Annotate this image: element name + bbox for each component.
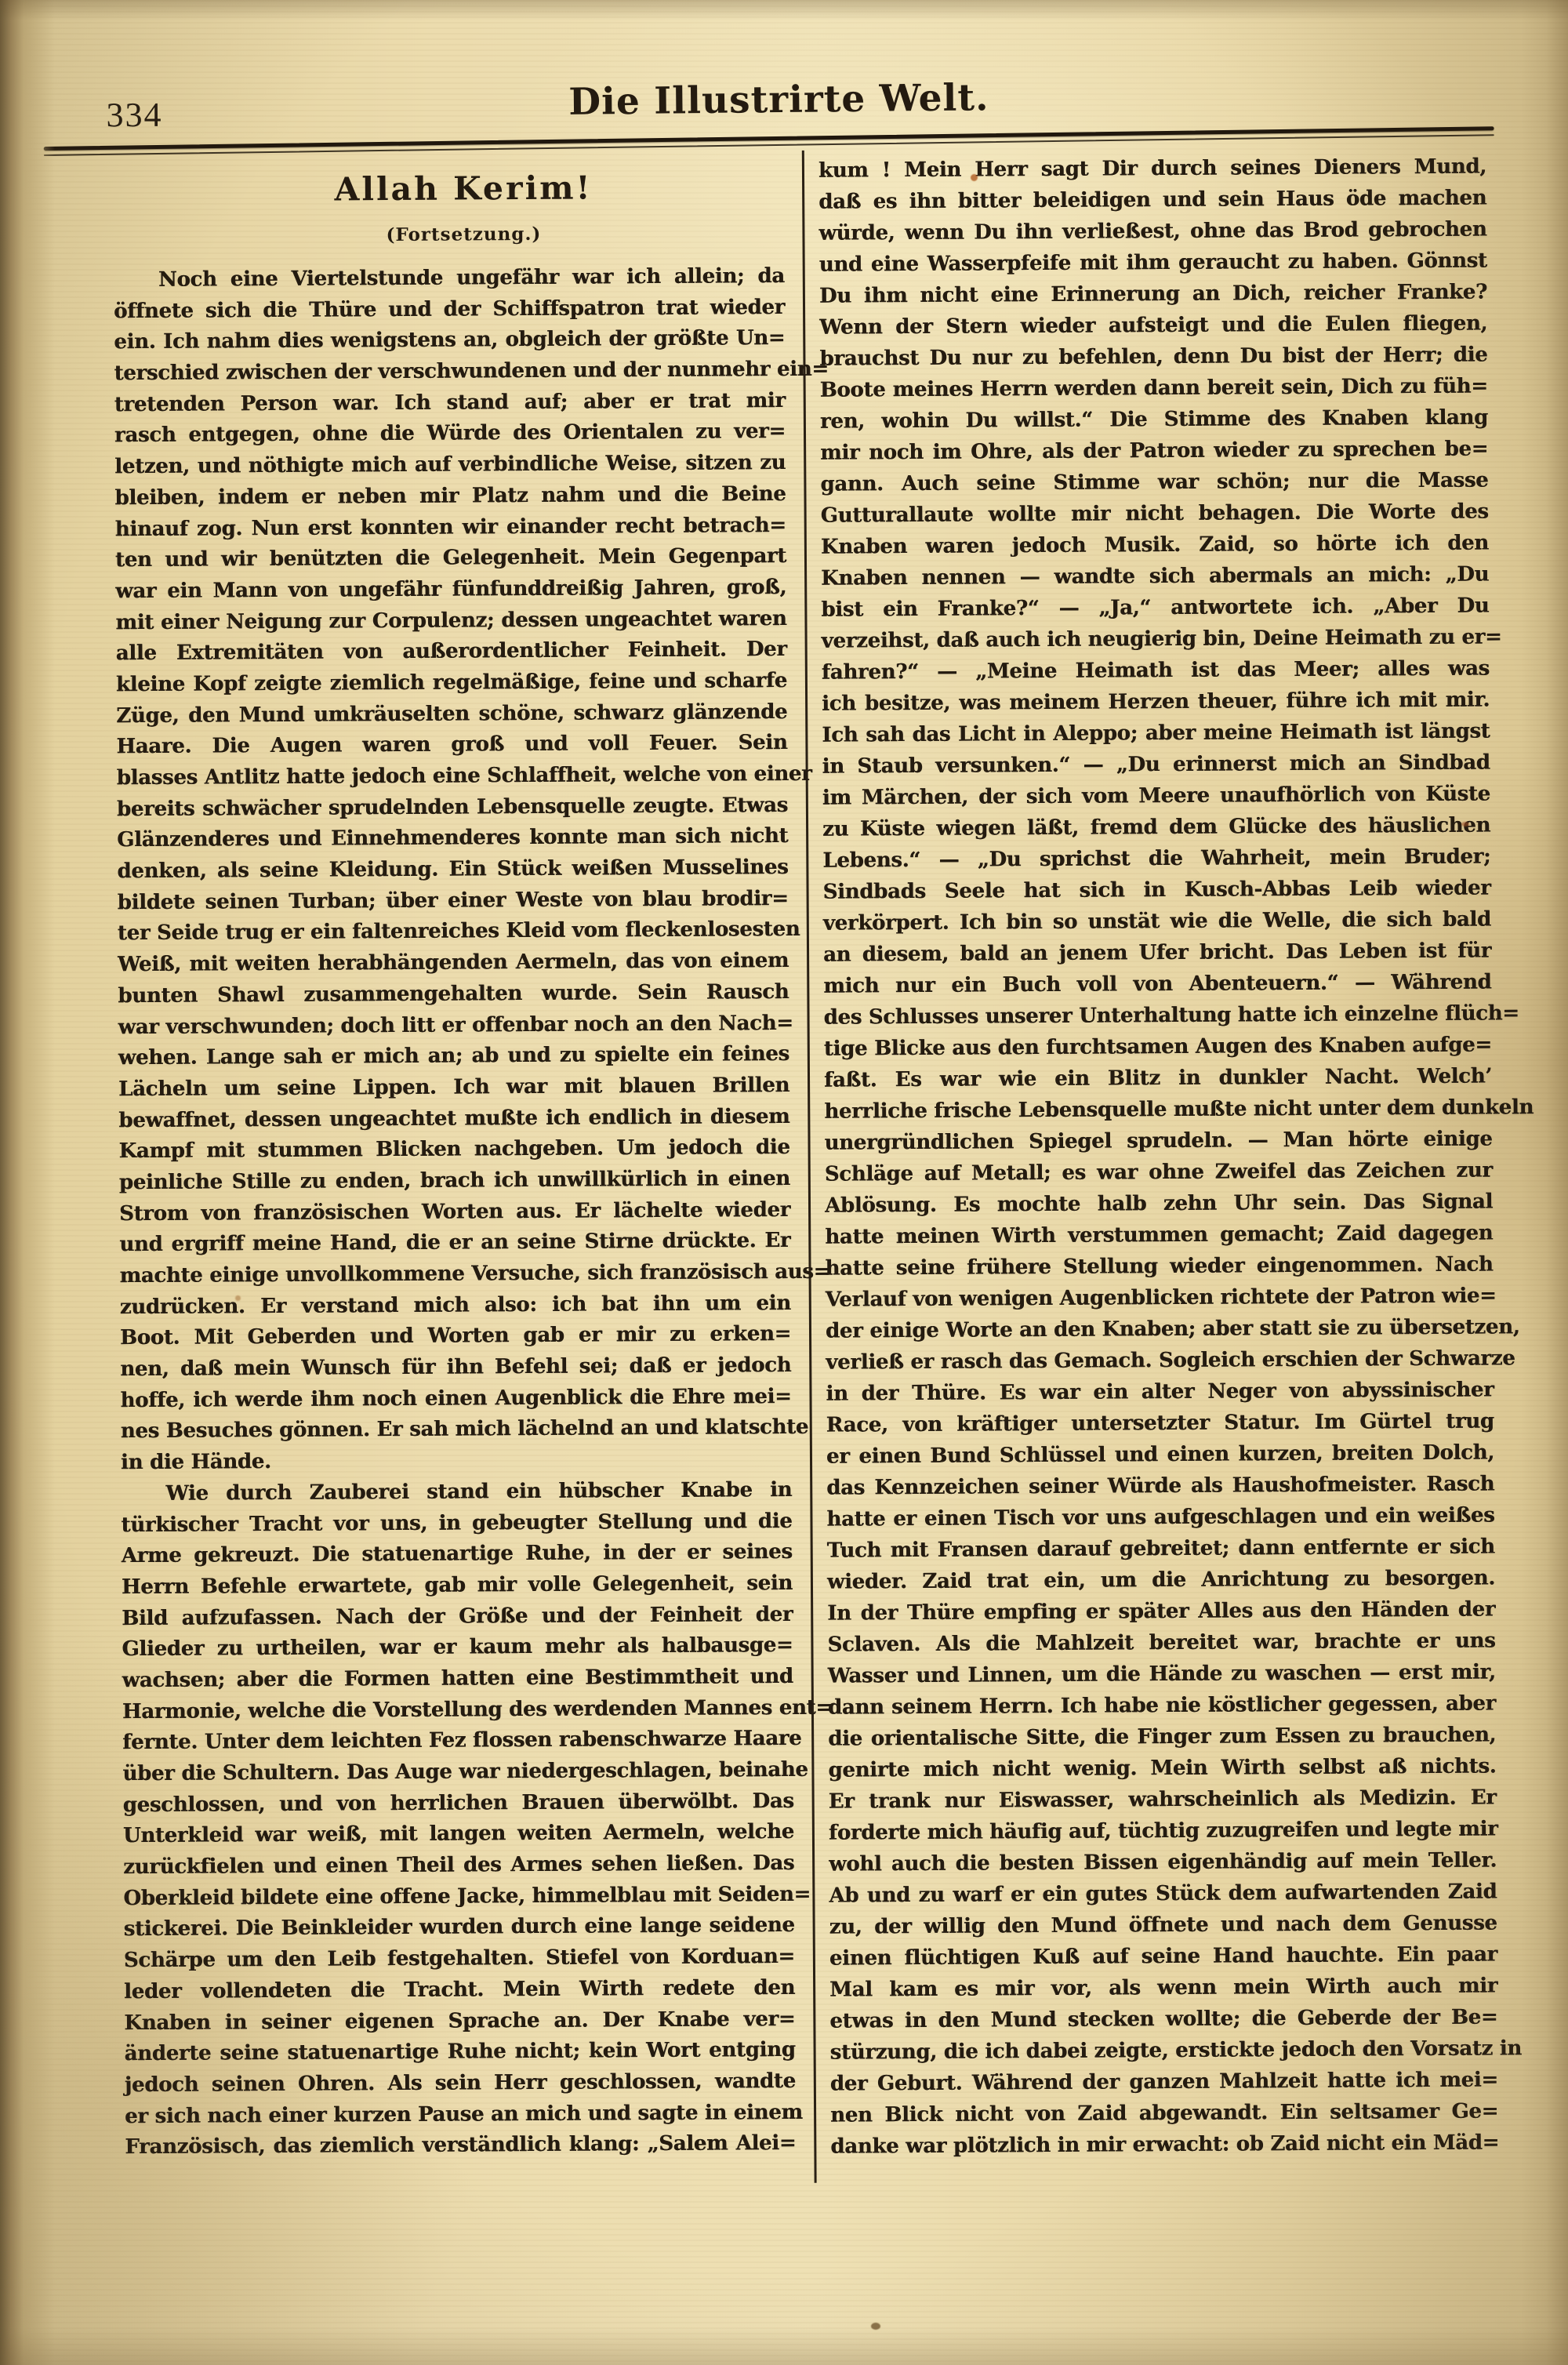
text-line: Oberkleid bildete eine offene Jacke, him… bbox=[123, 1880, 794, 1915]
text-line: Harmonie, welche die Vorstellung des wer… bbox=[122, 1693, 793, 1728]
text-line: tretenden Person war. Ich stand auf; abe… bbox=[114, 386, 786, 421]
text-line: letzen, und nöthigte mich auf verbindlic… bbox=[114, 448, 786, 483]
text-line: tige Blicke aus den furchtsamen Augen de… bbox=[824, 1029, 1492, 1064]
text-line: bist ein Franke?“ — „Ja,“ antwortete ich… bbox=[821, 590, 1489, 625]
text-line: zurückfielen und einen Theil des Armes s… bbox=[123, 1848, 794, 1884]
text-line: und ergriff meine Hand, die er an seine … bbox=[119, 1226, 790, 1261]
text-line: bildete seinen Turban; über einer Weste … bbox=[118, 884, 789, 919]
text-line: wehen. Lange sah er mich an; ab und zu s… bbox=[118, 1039, 789, 1074]
text-line: an diesem, bald an jenem Ufer bricht. Da… bbox=[823, 935, 1491, 970]
text-line: in die Hände. bbox=[121, 1444, 792, 1479]
text-line: peinliche Stille zu enden, brach ich unw… bbox=[119, 1164, 790, 1199]
text-line: Glänzenderes und Einnehmenderes konnte m… bbox=[117, 821, 788, 856]
text-line: würde, wenn Du ihn verließest, ohne das … bbox=[818, 214, 1486, 249]
text-line: Ich sah das Licht in Aleppo; aber meine … bbox=[822, 715, 1490, 750]
text-line: herrliche frische Lebensquelle mußte nic… bbox=[824, 1092, 1492, 1127]
text-line: ten und wir benützten die Gelegenheit. M… bbox=[115, 541, 786, 576]
text-line: Verlauf von wenigen Augenblicken richtet… bbox=[826, 1280, 1494, 1315]
text-line: bleiben, indem er neben mir Platz nahm u… bbox=[114, 479, 786, 514]
text-line: und eine Wasserpfeife mit ihm geraucht z… bbox=[819, 245, 1487, 281]
text-line: Züge, den Mund umkräuselten schöne, schw… bbox=[116, 697, 787, 732]
text-line: Wenn der Stern wieder aufsteigt und die … bbox=[819, 308, 1487, 343]
text-line: Arme gekreuzt. Die statuenartige Ruhe, i… bbox=[122, 1537, 793, 1572]
text-line: Wasser und Linnen, um die Hände zu wasch… bbox=[828, 1656, 1496, 1691]
text-line: das Kennzeichen seiner Würde als Haushof… bbox=[826, 1468, 1494, 1503]
text-line: türkischer Tracht vor uns, in gebeugter … bbox=[121, 1506, 792, 1541]
text-line: Sindbads Seele hat sich in Kusch-Abbas L… bbox=[822, 872, 1490, 907]
text-line: wieder. Zaid trat ein, um die Anrichtung… bbox=[827, 1562, 1495, 1597]
text-line: war verschwunden; doch litt er offenbar … bbox=[118, 1008, 789, 1043]
text-line: kum ! Mein Herr sagt Dir durch seines Di… bbox=[818, 151, 1486, 187]
text-line: gann. Auch seine Stimme war schön; nur d… bbox=[820, 465, 1488, 500]
text-line: dann seinem Herrn. Ich habe nie köstlich… bbox=[828, 1687, 1496, 1723]
article-subtitle: (Fortsetzung.) bbox=[127, 222, 800, 247]
text-line: in der Thüre. Es war ein alter Neger von… bbox=[826, 1374, 1494, 1409]
text-line: wohl auch die besten Bissen eigenhändig … bbox=[829, 1844, 1497, 1880]
text-line: Ab und zu warf er ein gutes Stück dem au… bbox=[829, 1876, 1497, 1911]
text-line: verließ er rasch das Gemach. Sogleich er… bbox=[826, 1342, 1494, 1378]
text-line: Race, von kräftiger untersetzter Statur.… bbox=[826, 1405, 1494, 1440]
text-line: hatte seine frühere Stellung wieder eing… bbox=[825, 1248, 1493, 1284]
text-line: stürzung, die ich dabei zeigte, erstickt… bbox=[829, 2033, 1497, 2068]
text-line: Mal kam es mir vor, als wenn mein Wirth … bbox=[829, 1970, 1497, 2005]
text-line: Französisch, das ziemlich verständlich k… bbox=[125, 2128, 796, 2163]
text-line: fahren?“ — „Meine Heimath ist das Meer; … bbox=[822, 652, 1490, 688]
text-line: jedoch seinen Ohren. Als sein Herr gesch… bbox=[125, 2066, 796, 2102]
text-line: Schläge auf Metall; es war ohne Zweifel … bbox=[825, 1154, 1493, 1190]
text-line: Tuch mit Fransen darauf gebreitet; dann … bbox=[827, 1531, 1495, 1566]
text-line: die orientalische Sitte, die Finger zum … bbox=[828, 1719, 1496, 1754]
text-line: Unterkleid war weiß, mit langen weiten A… bbox=[123, 1817, 794, 1852]
text-line: des Schlusses unserer Unterhaltung hatte… bbox=[823, 997, 1491, 1033]
text-line: zu, der willig den Mund öffnete und nach… bbox=[829, 1907, 1497, 1942]
text-line: war ein Mann von ungefähr fünfunddreißig… bbox=[115, 572, 786, 608]
column-left: Noch eine Viertelstunde ungefähr war ich… bbox=[114, 261, 797, 2163]
text-line: Noch eine Viertelstunde ungefähr war ich… bbox=[114, 261, 785, 296]
text-line: Du ihm nicht eine Erinnerung an Dich, re… bbox=[819, 277, 1487, 312]
text-line: der Geburt. Während der ganzen Mahlzeit … bbox=[830, 2064, 1498, 2099]
text-line: hoffe, ich werde ihm noch einen Augenbli… bbox=[120, 1382, 791, 1417]
text-line: mich nur ein Buch voll von Abenteuern.“ … bbox=[823, 966, 1491, 1001]
text-line: verzeihst, daß auch ich neugierig bin, D… bbox=[822, 621, 1490, 656]
text-line: daß es ihn bitter beleidigen und sein Ha… bbox=[818, 183, 1486, 218]
text-line: über die Schultern. Das Auge war niederg… bbox=[122, 1755, 793, 1790]
text-line: Knaben waren jedoch Musik. Zaid, so hört… bbox=[821, 527, 1489, 562]
text-line: bereits schwächer sprudelnden Lebensquel… bbox=[117, 790, 788, 826]
text-line: mit einer Neigung zur Corpulenz; dessen … bbox=[115, 604, 786, 639]
text-line: faßt. Es war wie ein Blitz in dunkler Na… bbox=[824, 1060, 1492, 1095]
text-line: Lebens.“ — „Du sprichst die Wahrheit, me… bbox=[822, 841, 1490, 876]
text-line: machte einige unvollkommene Versuche, si… bbox=[119, 1257, 790, 1292]
text-line: Er trank nur Eiswasser, wahrscheinlich a… bbox=[829, 1782, 1497, 1817]
text-line: nes Besuches gönnen. Er sah mich lächeln… bbox=[121, 1412, 792, 1448]
text-line: der einige Worte an den Knaben; aber sta… bbox=[826, 1311, 1494, 1346]
text-line: bunten Shawl zusammengehalten wurde. Sei… bbox=[118, 977, 789, 1012]
text-line: verkörpert. Ich bin so unstät wie die We… bbox=[823, 903, 1491, 939]
text-line: ren, wohin Du willst.“ Die Stimme des Kn… bbox=[820, 402, 1488, 438]
text-line: rasch entgegen, ohne die Würde des Orien… bbox=[114, 416, 786, 452]
text-line: in Staub versunken.“ — „Du erinnerst mic… bbox=[822, 747, 1490, 782]
text-line: Haare. Die Augen waren groß und voll Feu… bbox=[116, 728, 787, 763]
text-line: forderte mich häufig auf, tüchtig zuzugr… bbox=[829, 1813, 1497, 1848]
text-line: Knaben in seiner eigenen Sprache an. Der… bbox=[124, 2004, 795, 2039]
text-line: fernte. Unter dem leichten Fez flossen r… bbox=[122, 1724, 793, 1759]
text-line: Wie durch Zauberei stand ein hübscher Kn… bbox=[121, 1475, 792, 1510]
text-line: geschlossen, und von herrlichen Brauen ü… bbox=[123, 1786, 794, 1822]
text-line: hinauf zog. Nun erst konnten wir einande… bbox=[115, 510, 786, 545]
masthead-title: Die Illustrirte Welt. bbox=[0, 71, 1563, 130]
text-line: hatte er einen Tisch vor uns aufgeschlag… bbox=[826, 1499, 1494, 1535]
text-line: nen Blick nicht von Zaid abgewandt. Ein … bbox=[830, 2095, 1498, 2131]
text-line: Weiß, mit weiten herabhängenden Aermeln,… bbox=[118, 946, 789, 981]
column-divider bbox=[802, 151, 817, 2183]
text-line: danke war plötzlich in mir erwacht: ob Z… bbox=[830, 2127, 1498, 2162]
text-line: wachsen; aber die Formen hatten eine Bes… bbox=[122, 1662, 793, 1697]
text-line: zu Küste wiegen läßt, fremd dem Glücke d… bbox=[822, 809, 1490, 845]
text-line: genirte mich nicht wenig. Mein Wirth sel… bbox=[828, 1750, 1496, 1786]
text-line: Glieder zu urtheilen, war er kaum mehr a… bbox=[122, 1630, 793, 1666]
text-line: stickerei. Die Beinkleider wurden durch … bbox=[124, 1910, 795, 1945]
article-title: Allah Kerim! bbox=[127, 168, 800, 209]
text-line: kleine Kopf zeigte ziemlich regelmäßige,… bbox=[116, 666, 787, 701]
text-line: Boote meines Herrn werden dann bereit se… bbox=[820, 371, 1488, 406]
text-line: leder vollendeten die Tracht. Mein Wirth… bbox=[124, 1973, 795, 2008]
text-line: Schärpe um den Leib festgehalten. Stiefe… bbox=[124, 1942, 795, 1977]
text-line: denken, als seine Kleidung. Ein Stück we… bbox=[117, 852, 788, 888]
text-line: er sich nach einer kurzen Pause an mich … bbox=[125, 2097, 796, 2132]
text-line: unergründlichen Spiegel sprudeln. — Man … bbox=[824, 1123, 1492, 1158]
text-line: bewaffnet, dessen ungeachtet mußte ich e… bbox=[118, 1102, 789, 1137]
text-line: im Märchen, der sich vom Meere unaufhörl… bbox=[822, 778, 1490, 813]
text-line: ter Seide trug er ein faltenreiches Klei… bbox=[118, 914, 789, 950]
text-line: Knaben nennen — wandte sich abermals an … bbox=[821, 558, 1489, 594]
text-line: Lächeln um seine Lippen. Ich war mit bla… bbox=[118, 1070, 789, 1106]
text-line: brauchst Du nur zu befehlen, denn Du bis… bbox=[819, 340, 1487, 375]
text-line: zudrücken. Er verstand mich also: ich ba… bbox=[120, 1288, 791, 1324]
text-line: alle Extremitäten von außerordentlicher … bbox=[116, 634, 787, 670]
text-line: mir noch im Ohre, als der Patron wieder … bbox=[820, 434, 1488, 469]
text-line: Sclaven. Als die Mahlzeit bereitet war, … bbox=[827, 1625, 1495, 1660]
text-line: einen flüchtigen Kuß auf seine Hand hauc… bbox=[829, 1938, 1497, 1974]
text-line: terschied zwischen der verschwundenen un… bbox=[114, 354, 785, 390]
text-line: Herrn Befehle erwartete, gab mir volle G… bbox=[122, 1568, 793, 1604]
text-line: Boot. Mit Geberden und Worten gab er mir… bbox=[120, 1319, 791, 1354]
text-line: Strom von französischen Worten aus. Er l… bbox=[119, 1195, 790, 1230]
text-line: In der Thüre empfing er später Alles aus… bbox=[827, 1593, 1495, 1629]
text-line: ein. Ich nahm dies wenigstens an, obglei… bbox=[114, 323, 785, 358]
text-line: hatte meinen Wirth verstummen gemacht; Z… bbox=[825, 1217, 1493, 1252]
newspaper-page: 334 Die Illustrirte Welt. Allah Kerim! (… bbox=[0, 0, 1568, 2365]
text-line: er einen Bund Schlüssel und einen kurzen… bbox=[826, 1437, 1494, 1472]
text-line: öffnete sich die Thüre und der Schiffspa… bbox=[114, 292, 785, 328]
page-content: 334 Die Illustrirte Welt. Allah Kerim! (… bbox=[0, 0, 1568, 2365]
text-line: Ablösung. Es mochte halb zehn Uhr sein. … bbox=[825, 1186, 1493, 1221]
text-line: änderte seine statuenartige Ruhe nicht; … bbox=[124, 2035, 795, 2070]
text-line: Bild aufzufassen. Nach der Größe und der… bbox=[122, 1600, 793, 1635]
text-line: ich besitze, was meinem Herzen theuer, f… bbox=[822, 684, 1490, 719]
text-line: Gutturallaute wollte mir nicht behagen. … bbox=[821, 496, 1489, 532]
text-line: Kampf mit stummen Blicken nachgeben. Um … bbox=[118, 1132, 789, 1168]
text-line: nen, daß mein Wunsch für ihn Befehl sei;… bbox=[120, 1350, 791, 1386]
text-line: blasses Antlitz hatte jedoch eine Schlaf… bbox=[117, 759, 788, 794]
text-line: etwas in den Mund stecken wollte; die Ge… bbox=[829, 2001, 1497, 2036]
column-right: kum ! Mein Herr sagt Dir durch seines Di… bbox=[818, 151, 1499, 2163]
